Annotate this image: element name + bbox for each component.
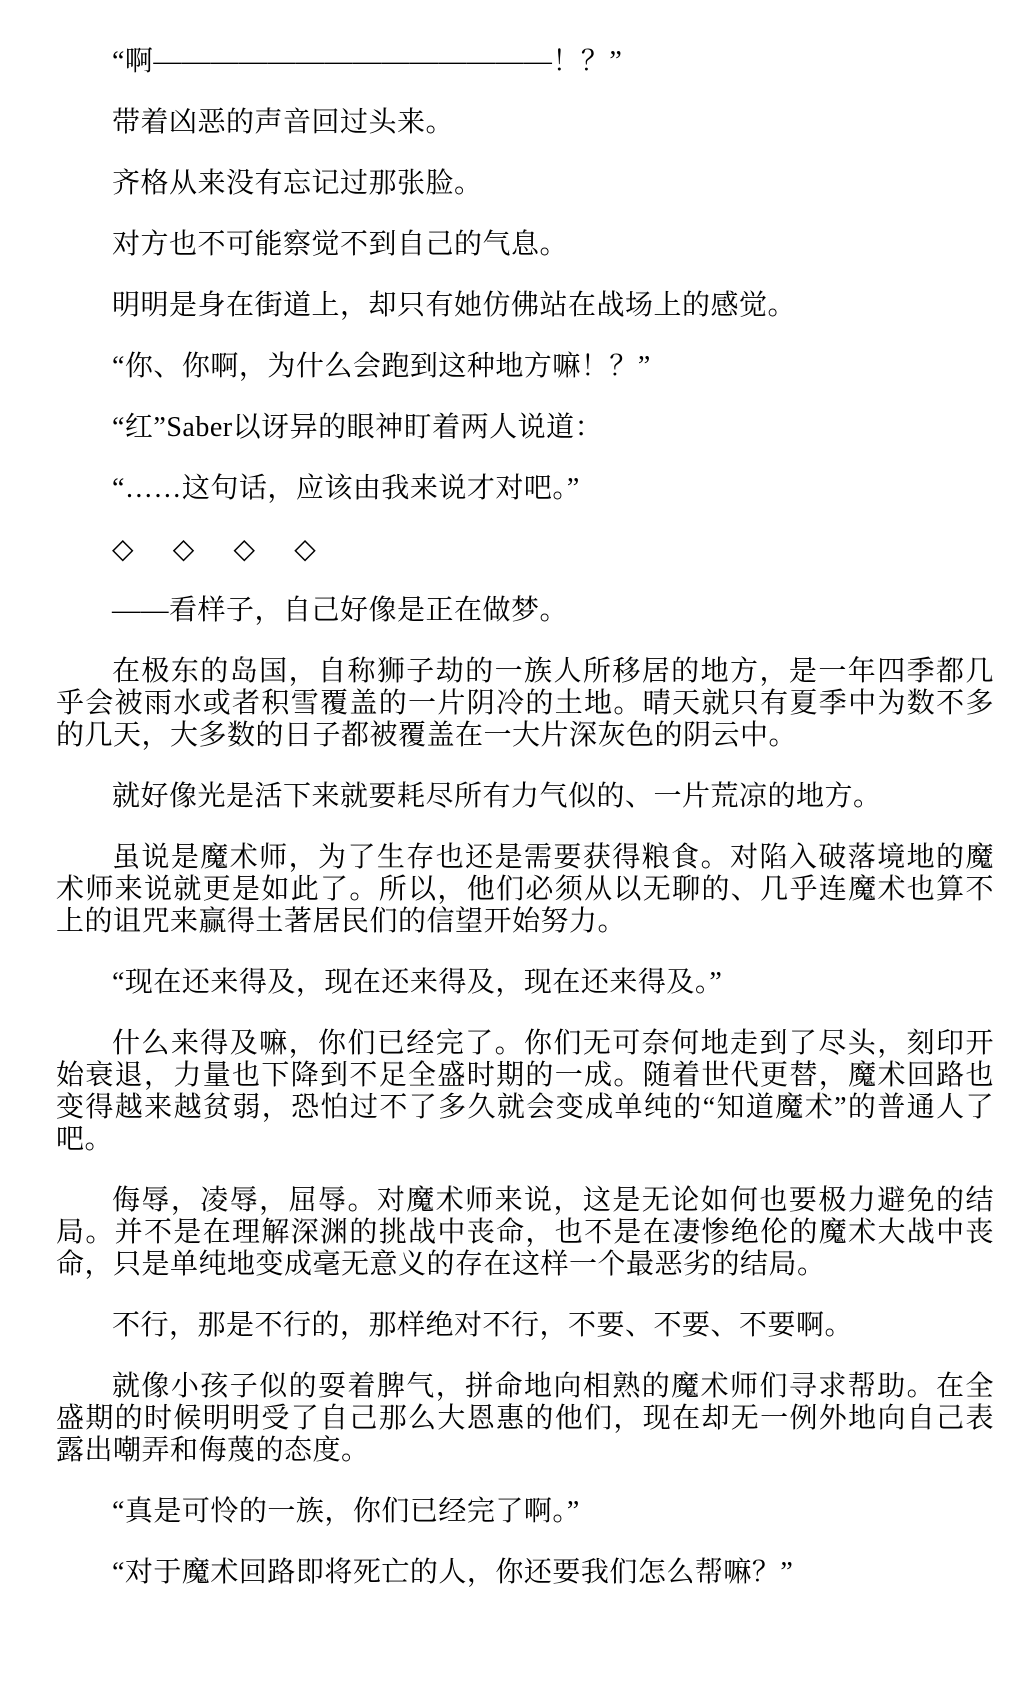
paragraph: ——看样子，自己好像是正在做梦。 xyxy=(56,595,994,627)
paragraph: 带着凶恶的声音回过头来。 xyxy=(56,107,994,139)
paragraph: “对于魔术回路即将死亡的人，你还要我们怎么帮嘛？” xyxy=(56,1557,994,1589)
scene-separator: ◇ ◇ ◇ ◇ xyxy=(56,534,994,566)
paragraph: 虽说是魔术师，为了生存也还是需要获得粮食。对陷入破落境地的魔术师来说就更是如此了… xyxy=(56,842,994,938)
paragraph: 在极东的岛国，自称狮子劫的一族人所移居的地方，是一年四季都几乎会被雨水或者积雪覆… xyxy=(56,656,994,752)
paragraph: “真是可怜的一族，你们已经完了啊。” xyxy=(56,1496,994,1528)
paragraph: “红”Saber以讶异的眼神盯着两人说道： xyxy=(56,412,994,444)
paragraph: “啊——————————————！？” xyxy=(56,46,994,78)
paragraph: 侮辱，凌辱，屈辱。对魔术师来说，这是无论如何也要极力避免的结局。并不是在理解深渊… xyxy=(56,1185,994,1281)
paragraph: “现在还来得及，现在还来得及，现在还来得及。” xyxy=(56,967,994,999)
novel-page: “啊——————————————！？”带着凶恶的声音回过头来。齐格从来没有忘记过… xyxy=(0,0,1022,1682)
paragraph: 齐格从来没有忘记过那张脸。 xyxy=(56,168,994,200)
paragraph: “……这句话，应该由我来说才对吧。” xyxy=(56,473,994,505)
paragraph: 对方也不可能察觉不到自己的气息。 xyxy=(56,229,994,261)
paragraph: 不行，那是不行的，那样绝对不行，不要、不要、不要啊。 xyxy=(56,1310,994,1342)
text-column: “啊——————————————！？”带着凶恶的声音回过头来。齐格从来没有忘记过… xyxy=(56,46,994,1589)
paragraph: “你、你啊，为什么会跑到这种地方嘛！？” xyxy=(56,351,994,383)
paragraph: 明明是身在街道上，却只有她仿佛站在战场上的感觉。 xyxy=(56,290,994,322)
paragraph: 就像小孩子似的耍着脾气，拼命地向相熟的魔术师们寻求帮助。在全盛期的时候明明受了自… xyxy=(56,1371,994,1467)
paragraph: 就好像光是活下来就要耗尽所有力气似的、一片荒凉的地方。 xyxy=(56,781,994,813)
paragraph: 什么来得及嘛，你们已经完了。你们无可奈何地走到了尽头，刻印开始衰退，力量也下降到… xyxy=(56,1028,994,1156)
